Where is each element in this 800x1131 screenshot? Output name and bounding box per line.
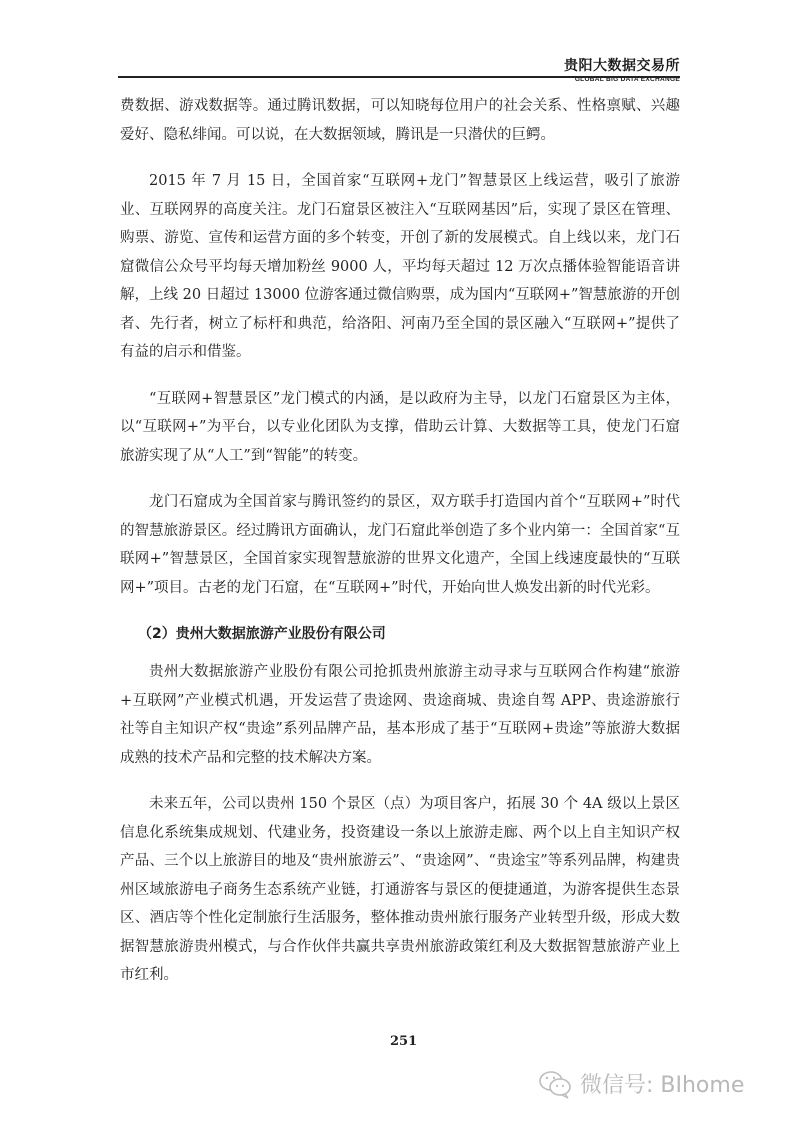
paragraph-guizhou-plan: 未来五年，公司以贵州 150 个景区（点）为项目客户，拓展 30 个 4A 级以… [120,790,680,990]
wechat-icon [538,1069,572,1099]
paragraph-longmen-launch: 2015 年 7 月 15 日，全国首家“互联网+龙门”智慧景区上线运营，吸引了… [120,167,680,367]
section-heading: （2）贵州大数据旅游产业股份有限公司 [120,620,680,648]
page-number: 251 [390,1034,417,1049]
paragraph-guizhou-company: 贵州大数据旅游产业股份有限公司抢抓贵州旅游主动寻求与互联网合作构建“旅游+互联网… [120,658,680,772]
logo-chinese-name: 贵阳大数据交易所 [564,55,680,75]
paragraph-tencent-data: 费数据、游戏数据等。通过腾讯数据，可以知晓每位用户的社会关系、性格禀赋、兴趣爱好… [120,92,680,149]
paragraph-longmen-model: “互联网+智慧景区”龙门模式的内涵，是以政府为主导，以龙门石窟景区为主体，以“互… [120,385,680,471]
watermark-text: 微信号: BIhome [580,1068,744,1099]
header-divider [118,76,680,78]
watermark: 微信号: BIhome [538,1068,744,1099]
page-body: 费数据、游戏数据等。通过腾讯数据，可以知晓每位用户的社会关系、性格禀赋、兴趣爱好… [120,92,680,1008]
header-logo: 贵阳大数据交易所 GLOBAL BIG DATA EXCHANGE [564,55,680,83]
paragraph-longmen-tencent: 龙门石窟成为全国首家与腾讯签约的景区，双方联手打造国内首个“互联网+”时代的智慧… [120,488,680,602]
